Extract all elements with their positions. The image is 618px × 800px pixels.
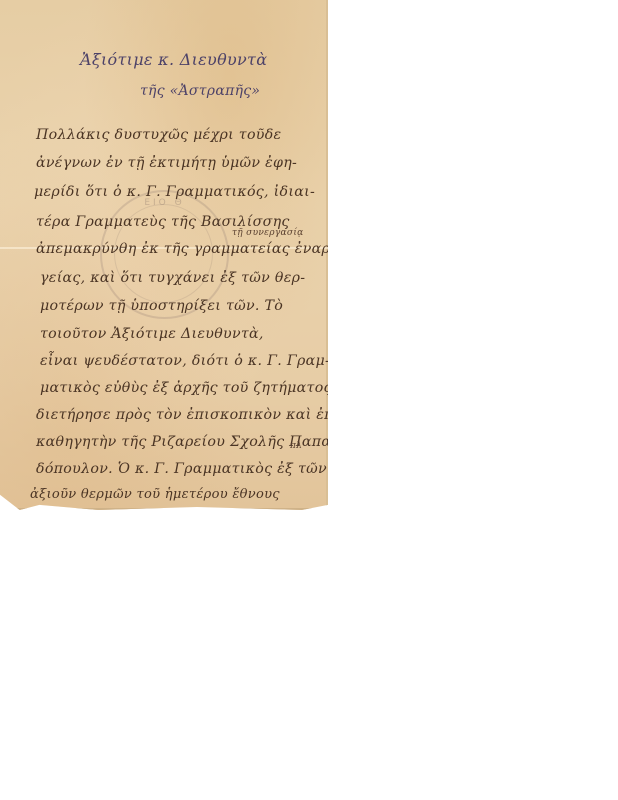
body-line-2: ἀνέγνων ἐν τῇ ἐκτιμήτῃ ὑμῶν ἐφη- [36,155,297,171]
letter-page: ΕΙΟ Θ Ἀξιότιμε κ. Διευθυντὰ τῆς «Ἀστραπῆ… [0,0,328,510]
body-line-8: τοιοῦτον Ἀξιότιμε Διευθυντὰ, [40,326,264,342]
interlinear-note-2: πλ [290,441,302,451]
body-line-5: ἀπεμακρύνθη ἐκ τῆς γραμματείας ἐναρ- [36,241,335,257]
body-line-11: διετήρησε πρὸς τὸν ἐπισκοπικὸν καὶ ἐπὶ [36,407,340,423]
salutation-line-1: Ἀξιότιμε κ. Διευθυντὰ [80,50,267,69]
body-line-3: μερίδι ὅτι ὁ κ. Γ. Γραμματικός, ἰδιαι- [34,184,315,200]
body-line-14: ἀξιοῦν θερμῶν τοῦ ἡμετέρου ἔθνους [30,487,280,502]
body-line-10: ματικὸς εὐθὺς ἐξ ἀρχῆς τοῦ ζητήματος [40,380,332,396]
body-line-6: γείας, καὶ ὅτι τυγχάνει ἐξ τῶν θερ- [40,270,305,286]
body-line-13: δόπουλον. Ὁ κ. Γ. Γραμματικὸς ἐξ τῶν [36,461,327,477]
salutation-line-2: τῆς «Ἀστραπῆς» [140,83,260,99]
body-line-9: εἶναι ψευδέστατον, διότι ὁ κ. Γ. Γραμ- [40,353,330,369]
body-line-1: Πολλάκις δυστυχῶς μέχρι τοῦδε [36,127,281,143]
interlinear-note-1: τῇ συνεργασίᾳ [232,228,304,238]
body-line-7: μοτέρων τῇ ὑποστηρίξει τῶν. Τὸ [40,298,283,314]
